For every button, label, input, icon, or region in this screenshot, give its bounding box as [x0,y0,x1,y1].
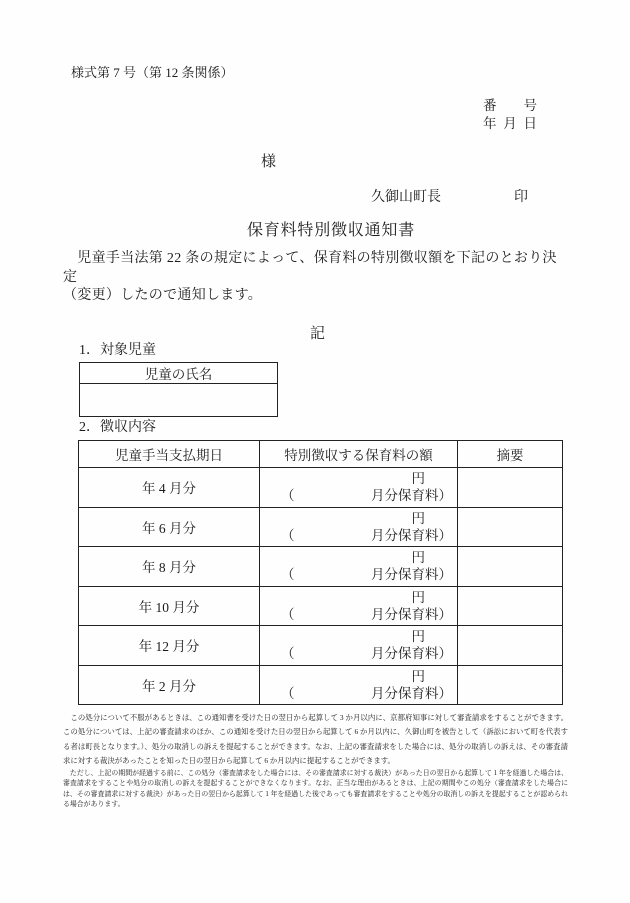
table-row: 年 8 月分 円 （ 月分保育料） [79,547,563,587]
table-header-row: 児童手当支払期日 特別徴収する保育料の額 摘要 [79,441,563,468]
currency-label: 円 [260,470,457,487]
per-month-label: 月分保育料） [371,645,452,662]
note-cell [458,468,563,508]
section-1-heading: 1．対象児童 [79,339,156,359]
table-row: 年 10 月分 円 （ 月分保育料） [79,586,563,626]
column-header-period: 児童手当支払期日 [79,441,260,468]
currency-label: 円 [260,510,457,527]
paren-open: （ [281,645,295,662]
per-month-label: 月分保育料） [371,566,452,583]
amount-cell: 円 （ 月分保育料） [260,665,458,705]
table-row: 年 6 月分 円 （ 月分保育料） [79,507,563,547]
note-cell [458,547,563,587]
document-page: 様式第 7 号（第 12 条関係） 番 号 年 月 日 様 久御山町長 印 保育… [0,0,630,903]
period-cell: 年 2 月分 [79,665,260,705]
column-header-amount: 特別徴収する保育料の額 [260,441,458,468]
per-month-label: 月分保育料） [371,487,452,504]
amount-cell: 円 （ 月分保育料） [260,547,458,587]
doc-date-label: 年 月 日 [483,112,537,132]
currency-label: 円 [260,589,457,606]
table-row: 年 12 月分 円 （ 月分保育料） [79,626,563,666]
paren-open: （ [281,685,295,702]
currency-label: 円 [260,549,457,566]
child-name-table: 児童の氏名 [79,362,278,417]
period-cell: 年 10 月分 [79,586,260,626]
footnote: この処分について不服があるときは、この通知書を受けた日の翌日から起算して 3 か… [63,711,568,810]
per-month-label: 月分保育料） [371,606,452,623]
form-number: 様式第 7 号（第 12 条関係） [71,62,234,81]
section-2-heading: 2．徴収内容 [79,416,156,436]
paren-open: （ [281,527,295,544]
amount-cell: 円 （ 月分保育料） [260,626,458,666]
amount-cell: 円 （ 月分保育料） [260,507,458,547]
column-header-note: 摘要 [458,441,563,468]
footnote-para-1: この処分について不服があるときは、この通知書を受けた日の翌日から起算して 3 か… [63,711,568,768]
paren-open: （ [281,606,295,623]
doc-number-label: 番 号 [483,94,537,114]
table-row: 年 2 月分 円 （ 月分保育料） [79,665,563,705]
amount-cell: 円 （ 月分保育料） [260,586,458,626]
child-name-cell [80,384,278,417]
per-month-label: 月分保育料） [371,527,452,544]
paren-open: （ [281,487,295,504]
body-line-2: （変更）したので通知します。 [63,287,570,306]
period-cell: 年 12 月分 [79,626,260,666]
note-cell [458,665,563,705]
document-title: 保育料特別徴収通知書 [247,217,415,240]
period-cell: 年 4 月分 [79,468,260,508]
addressee-honorific: 様 [261,150,276,171]
note-cell [458,626,563,666]
collection-table: 児童手当支払期日 特別徴収する保育料の額 摘要 年 4 月分 円 （ 月分保育料… [78,440,563,705]
body-paragraph: 児童手当法第 22 条の規定によって、保育料の特別徴収額を下記のとおり決定 （変… [63,250,570,306]
issuer-name: 久御山町長 [371,186,441,206]
amount-cell: 円 （ 月分保育料） [260,468,458,508]
seal-mark: 印 [514,186,528,206]
child-name-header: 児童の氏名 [80,363,278,384]
note-cell [458,586,563,626]
paren-open: （ [281,566,295,583]
currency-label: 円 [260,628,457,645]
table-row: 年 4 月分 円 （ 月分保育料） [79,468,563,508]
note-cell [458,507,563,547]
period-cell: 年 8 月分 [79,547,260,587]
footnote-para-2: ただし、上記の期間が経過する前に、この処分（審査請求をした場合には、その審査請求… [63,769,568,810]
body-line-1: 児童手当法第 22 条の規定によって、保育料の特別徴収額を下記のとおり決定 [63,250,570,287]
currency-label: 円 [260,668,457,685]
period-cell: 年 6 月分 [79,507,260,547]
record-marker: 記 [310,322,325,343]
per-month-label: 月分保育料） [371,685,452,702]
